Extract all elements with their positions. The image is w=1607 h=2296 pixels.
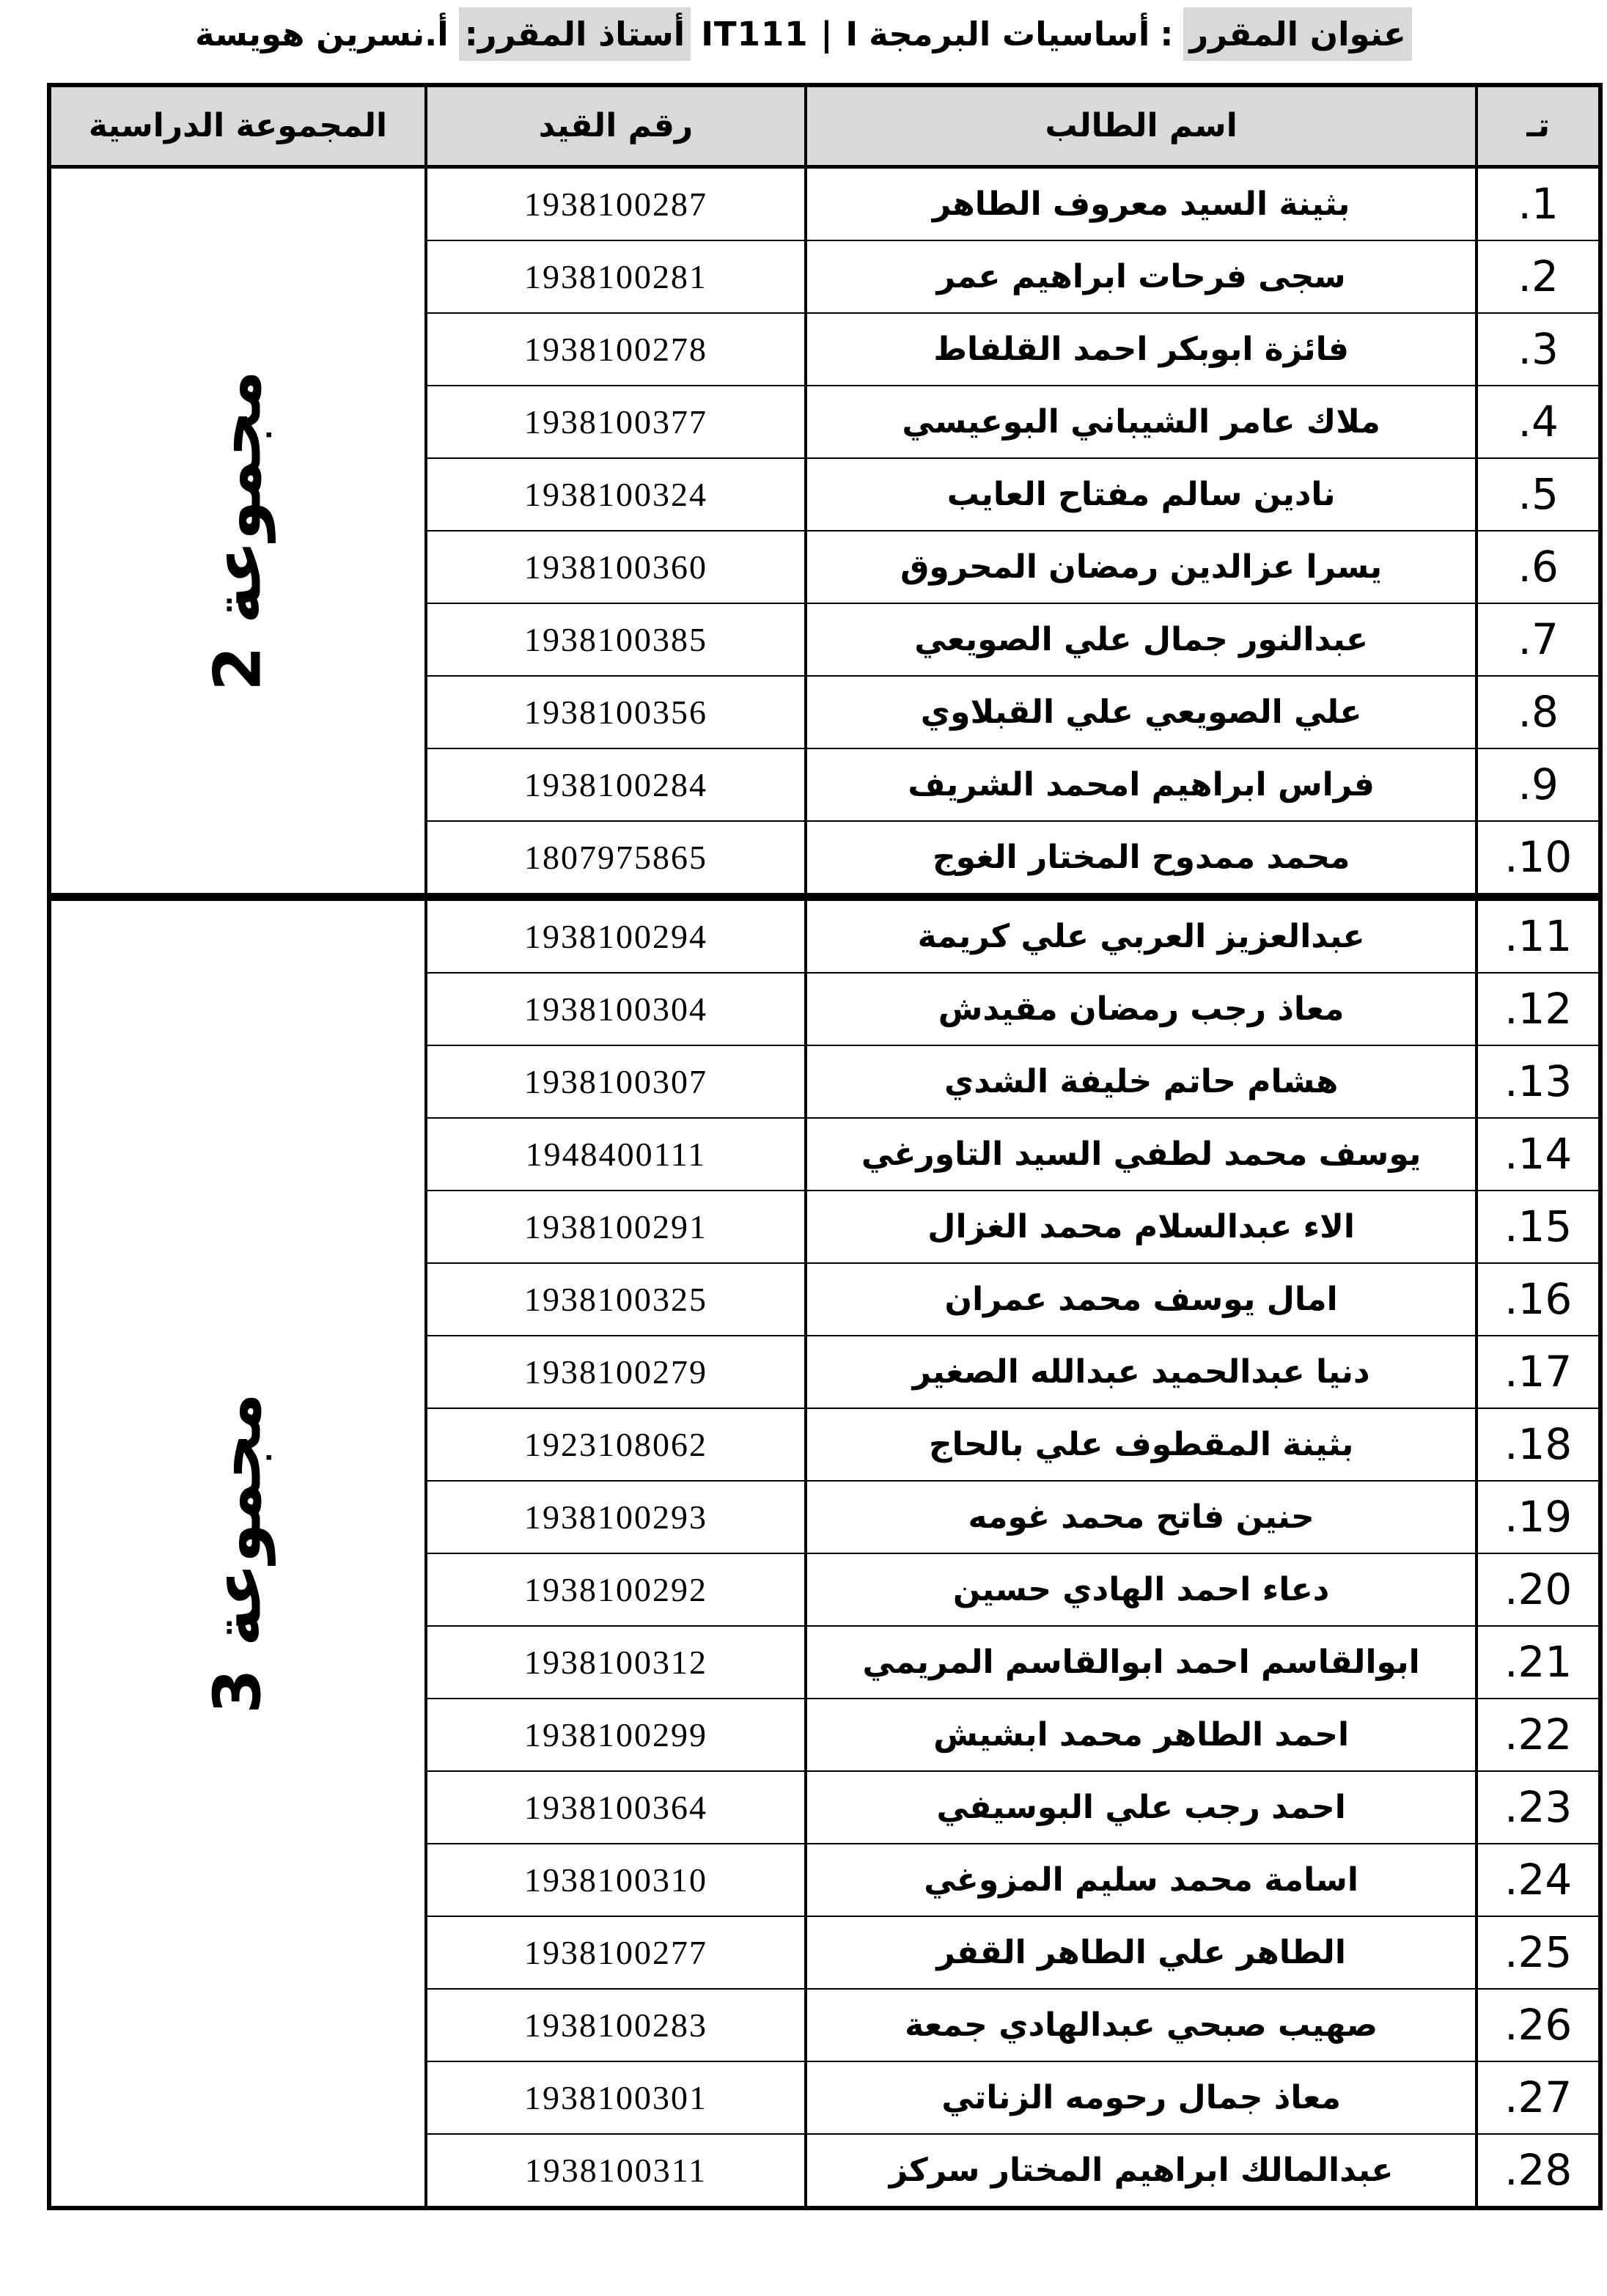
student-name-cell: نادين سالم مفتاح العايب [806, 458, 1477, 531]
row-index-cell: 27. [1477, 2061, 1600, 2134]
reg-no-cell: 1938100311 [426, 2134, 806, 2208]
student-name-cell: حنين فاتح محمد غومه [806, 1481, 1477, 1553]
student-name-cell: عبدالنور جمال علي الصويعي [806, 603, 1477, 676]
header-reg-no: رقم القيد [426, 85, 806, 167]
row-index-cell: 4. [1477, 386, 1600, 458]
reg-no-cell: 1923108062 [426, 1408, 806, 1481]
row-index-cell: 2. [1477, 240, 1600, 313]
row-index-cell: 13. [1477, 1045, 1600, 1118]
course-name: أساسيات البرمجة [869, 15, 1150, 54]
reg-no-cell: 1938100364 [426, 1771, 806, 1844]
group-cell: مجموعة 2 [49, 166, 426, 897]
row-index-cell: 23. [1477, 1771, 1600, 1844]
row-index-cell: 25. [1477, 1916, 1600, 1989]
student-name-cell: يسرا عزالدين رمضان المحروق [806, 531, 1477, 603]
instructor-name: أ.نسرين هويسة [195, 15, 449, 54]
header-row: تـ اسم الطالب رقم القيد المجموعة الدراسي… [49, 85, 1600, 167]
reg-no-cell: 1938100299 [426, 1699, 806, 1771]
row-index-cell: 18. [1477, 1408, 1600, 1481]
reg-no-cell: 1938100293 [426, 1481, 806, 1553]
row-index-cell: 5. [1477, 458, 1600, 531]
row-index-cell: 24. [1477, 1844, 1600, 1916]
student-name-cell: عبدالعزيز العربي علي كريمة [806, 897, 1477, 973]
student-name-cell: فائزة ابوبكر احمد القلفاط [806, 313, 1477, 386]
reg-no-cell: 1938100284 [426, 748, 806, 821]
row-index-cell: 22. [1477, 1699, 1600, 1771]
reg-no-cell: 1938100278 [426, 313, 806, 386]
reg-no-cell: 1938100324 [426, 458, 806, 531]
row-index-cell: 26. [1477, 1989, 1600, 2061]
student-name-cell: معاذ رجب رمضان مقيدش [806, 973, 1477, 1045]
student-name-cell: الاء عبدالسلام محمد الغزال [806, 1191, 1477, 1263]
row-index-cell: 17. [1477, 1336, 1600, 1408]
student-name-cell: بثينة السيد معروف الطاهر [806, 166, 1477, 240]
student-name-cell: احمد رجب علي البوسيفي [806, 1771, 1477, 1844]
student-name-cell: عبدالمالك ابراهيم المختار سركز [806, 2134, 1477, 2208]
group-cell: مجموعة 3 [49, 897, 426, 2208]
group-label: مجموعة 2 [205, 370, 270, 691]
table-body: 1.بثينة السيد معروف الطاهر1938100287مجمو… [49, 166, 1600, 2208]
course-title-label: عنوان المقرر [1183, 7, 1412, 61]
row-index-cell: 6. [1477, 531, 1600, 603]
reg-no-cell: 1807975865 [426, 821, 806, 897]
row-index-cell: 20. [1477, 1553, 1600, 1626]
reg-no-cell: 1938100356 [426, 676, 806, 748]
reg-no-cell: 1938100310 [426, 1844, 806, 1916]
reg-no-cell: 1938100292 [426, 1553, 806, 1626]
row-index-cell: 21. [1477, 1626, 1600, 1699]
reg-no-cell: 1938100312 [426, 1626, 806, 1699]
row-index-cell: 1. [1477, 166, 1600, 240]
student-name-cell: هشام حاتم خليفة الشدي [806, 1045, 1477, 1118]
reg-no-cell: 1938100294 [426, 897, 806, 973]
reg-no-cell: 1938100325 [426, 1263, 806, 1336]
header-student-name: اسم الطالب [806, 85, 1477, 167]
row-index-cell: 14. [1477, 1118, 1600, 1191]
reg-no-cell: 1938100283 [426, 1989, 806, 2061]
table-wrap: تـ اسم الطالب رقم القيد المجموعة الدراسي… [0, 83, 1607, 2210]
student-name-cell: دعاء احمد الهادي حسين [806, 1553, 1477, 1626]
student-name-cell: دنيا عبدالحميد عبدالله الصغير [806, 1336, 1477, 1408]
student-name-cell: علي الصويعي علي القبلاوي [806, 676, 1477, 748]
student-name-cell: سجى فرحات ابراهيم عمر [806, 240, 1477, 313]
student-name-cell: ملاك عامر الشيباني البوعيسي [806, 386, 1477, 458]
row-index-cell: 28. [1477, 2134, 1600, 2208]
reg-no-cell: 1938100277 [426, 1916, 806, 1989]
reg-no-cell: 1938100301 [426, 2061, 806, 2134]
row-index-cell: 3. [1477, 313, 1600, 386]
course-code: IT111 | I [701, 15, 858, 54]
student-name-cell: اسامة محمد سليم المزوغي [806, 1844, 1477, 1916]
row-index-cell: 11. [1477, 897, 1600, 973]
row-index-cell: 16. [1477, 1263, 1600, 1336]
instructor-label: أستاذ المقرر: [459, 7, 691, 61]
reg-no-cell: 1938100281 [426, 240, 806, 313]
student-name-cell: صهيب صبحي عبدالهادي جمعة [806, 1989, 1477, 2061]
row-index-cell: 12. [1477, 973, 1600, 1045]
course-title-line: عنوان المقرر:أساسيات البرمجةIT111 | Iأست… [0, 0, 1607, 56]
student-name-cell: ابوالقاسم احمد ابوالقاسم المريمي [806, 1626, 1477, 1699]
title-colon: : [1160, 15, 1173, 54]
student-row: 1.بثينة السيد معروف الطاهر1938100287مجمو… [49, 166, 1600, 240]
student-name-cell: يوسف محمد لطفي السيد التاورغي [806, 1118, 1477, 1191]
reg-no-cell: 1938100279 [426, 1336, 806, 1408]
student-name-cell: احمد الطاهر محمد ابشيش [806, 1699, 1477, 1771]
group-label: مجموعة 3 [205, 1393, 270, 1713]
row-index-cell: 7. [1477, 603, 1600, 676]
student-name-cell: الطاهر علي الطاهر القفر [806, 1916, 1477, 1989]
row-index-cell: 8. [1477, 676, 1600, 748]
student-name-cell: معاذ جمال رحومه الزناتي [806, 2061, 1477, 2134]
reg-no-cell: 1938100360 [426, 531, 806, 603]
header-index: تـ [1477, 85, 1600, 167]
reg-no-cell: 1938100377 [426, 386, 806, 458]
reg-no-cell: 1938100304 [426, 973, 806, 1045]
student-name-cell: امال يوسف محمد عمران [806, 1263, 1477, 1336]
row-index-cell: 9. [1477, 748, 1600, 821]
reg-no-cell: 1938100291 [426, 1191, 806, 1263]
student-name-cell: محمد ممدوح المختار الغوج [806, 821, 1477, 897]
row-index-cell: 19. [1477, 1481, 1600, 1553]
students-table: تـ اسم الطالب رقم القيد المجموعة الدراسي… [47, 83, 1603, 2210]
student-name-cell: بثينة المقطوف علي بالحاج [806, 1408, 1477, 1481]
reg-no-cell: 1938100307 [426, 1045, 806, 1118]
reg-no-cell: 1948400111 [426, 1118, 806, 1191]
header-group: المجموعة الدراسية [49, 85, 426, 167]
row-index-cell: 10. [1477, 821, 1600, 897]
reg-no-cell: 1938100385 [426, 603, 806, 676]
document-page: عنوان المقرر:أساسيات البرمجةIT111 | Iأست… [0, 0, 1607, 2296]
student-row: 11.عبدالعزيز العربي علي كريمة1938100294م… [49, 897, 1600, 973]
reg-no-cell: 1938100287 [426, 166, 806, 240]
student-name-cell: فراس ابراهيم امحمد الشريف [806, 748, 1477, 821]
row-index-cell: 15. [1477, 1191, 1600, 1263]
